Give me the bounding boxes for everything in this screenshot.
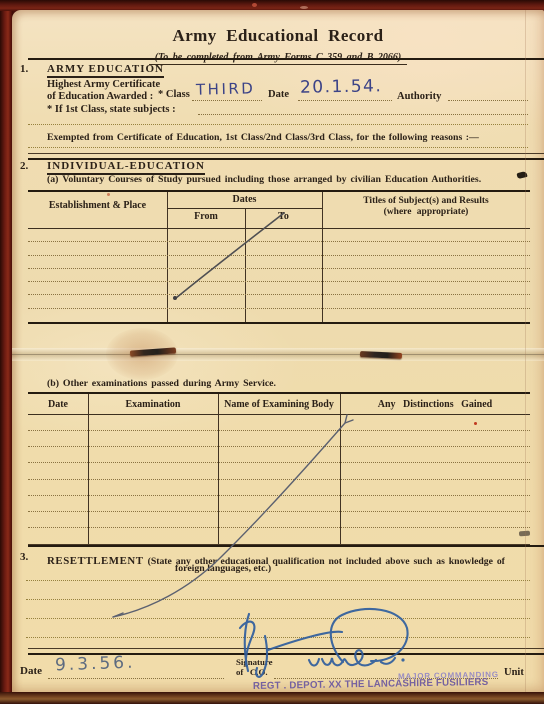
table-a-col-dates: Dates [167, 194, 322, 205]
page-edge-crease [525, 10, 526, 692]
table-a-col-to: To [245, 211, 322, 222]
table-a-col-titles-line1: Titles of Subject(s) and Results [322, 196, 530, 206]
first-class-dotted-line [198, 114, 528, 115]
table-a-row [28, 242, 530, 255]
section2-number: 2. [20, 160, 28, 172]
table-b-bottom-rule [28, 545, 544, 547]
ink-speck [474, 422, 477, 425]
signature-label-line2: of C.O. [236, 666, 268, 678]
table-a-dates-underline [167, 208, 322, 209]
unit-label: Unit [504, 667, 524, 679]
table-a: Establishment & Place Dates From To Titl… [28, 190, 530, 324]
table-b-row [28, 480, 530, 496]
section1-heading: ARMY EDUCATION [47, 63, 164, 78]
table-a-col-establishment: Establishment & Place [28, 200, 167, 211]
table-b-header-distinctions: Any Distinctions Gained [340, 399, 530, 410]
section3-number: 3. [20, 551, 28, 563]
form-paper: Army Educational Record (To be completed… [12, 10, 544, 692]
page-bottom-edge [0, 692, 544, 704]
cover-speck [252, 3, 257, 7]
form-title: Army Educational Record [173, 26, 384, 45]
section2-heading: INDIVIDUAL-EDUCATION [47, 160, 205, 175]
authority-label: Authority [397, 91, 441, 103]
table-b: Date Examination Name of Examining Body … [28, 392, 530, 545]
header-rule [28, 58, 544, 60]
part-a-caption: (a) Voluntary Courses of Study pursued i… [47, 174, 481, 186]
table-b-header-examining-body: Name of Examining Body [218, 399, 340, 410]
table-a-row [28, 269, 530, 282]
footer-date-label: Date [20, 665, 42, 677]
page-title: Army Educational Record [12, 26, 544, 46]
cover-speck [300, 6, 308, 9]
table-b-header-date: Date [28, 399, 88, 410]
stamp-line2: REGT . DEPOT. XX THE LANCASHIRE FUSILIER… [253, 677, 489, 692]
class-value-handwritten: THIRD [196, 79, 256, 99]
authority-dotted-line [448, 100, 528, 101]
table-a-col-from: From [167, 211, 245, 222]
table-b-row [28, 447, 530, 463]
footer-date-dotted [48, 678, 224, 679]
cert-label-line1: Highest Army Certificate [47, 79, 160, 91]
part-b-caption: (b) Other examinations passed during Arm… [47, 378, 276, 390]
section3-heading-row: RESETTLEMENT (State any other educationa… [47, 551, 505, 569]
section3-heading: RESETTLEMENT [47, 555, 144, 567]
table-a-row [28, 309, 530, 321]
class-label: * Class [158, 89, 190, 101]
table-b-header-examination: Examination [88, 399, 218, 410]
section1-number: 1. [20, 63, 28, 75]
date-label: Date [268, 89, 289, 101]
table-a-row [28, 295, 530, 308]
table-a-empty-rows [28, 229, 530, 321]
page-fold-line [12, 354, 544, 355]
scanned-army-record-page: Army Educational Record (To be completed… [0, 0, 544, 704]
table-b-row [28, 431, 530, 447]
resettlement-line [26, 580, 530, 581]
date-dotted-line [298, 100, 392, 101]
ink-speck [107, 193, 110, 196]
cert-label-line2: of Education Awarded : [47, 91, 153, 103]
table-b-row [28, 528, 530, 543]
table-a-row [28, 256, 530, 269]
continuation-dotted-line [28, 124, 528, 125]
date-value-handwritten: 20.1.54. [300, 76, 383, 97]
table-b-row [28, 415, 530, 431]
exempted-dotted-line [28, 147, 528, 148]
first-class-label: * If 1st Class, state subjects : [47, 104, 176, 116]
section1-divider [28, 153, 544, 160]
table-b-row [28, 496, 530, 512]
class-dotted-line [192, 100, 262, 101]
table-a-row [28, 282, 530, 295]
table-a-col-titles-line2: (where appropriate) [322, 207, 530, 217]
table-b-row [28, 512, 530, 528]
resettlement-line [26, 618, 530, 619]
table-a-row [28, 229, 530, 242]
resettlement-line [26, 599, 530, 600]
resettlement-line [26, 637, 530, 638]
table-b-row [28, 463, 530, 479]
footer-date-handwritten: 9.3.56. [55, 653, 136, 676]
exempted-text: Exempted from Certificate of Education, … [47, 132, 479, 144]
table-b-empty-rows [28, 415, 530, 543]
section3-caption-line2: foreign languages, etc.) [175, 563, 271, 575]
